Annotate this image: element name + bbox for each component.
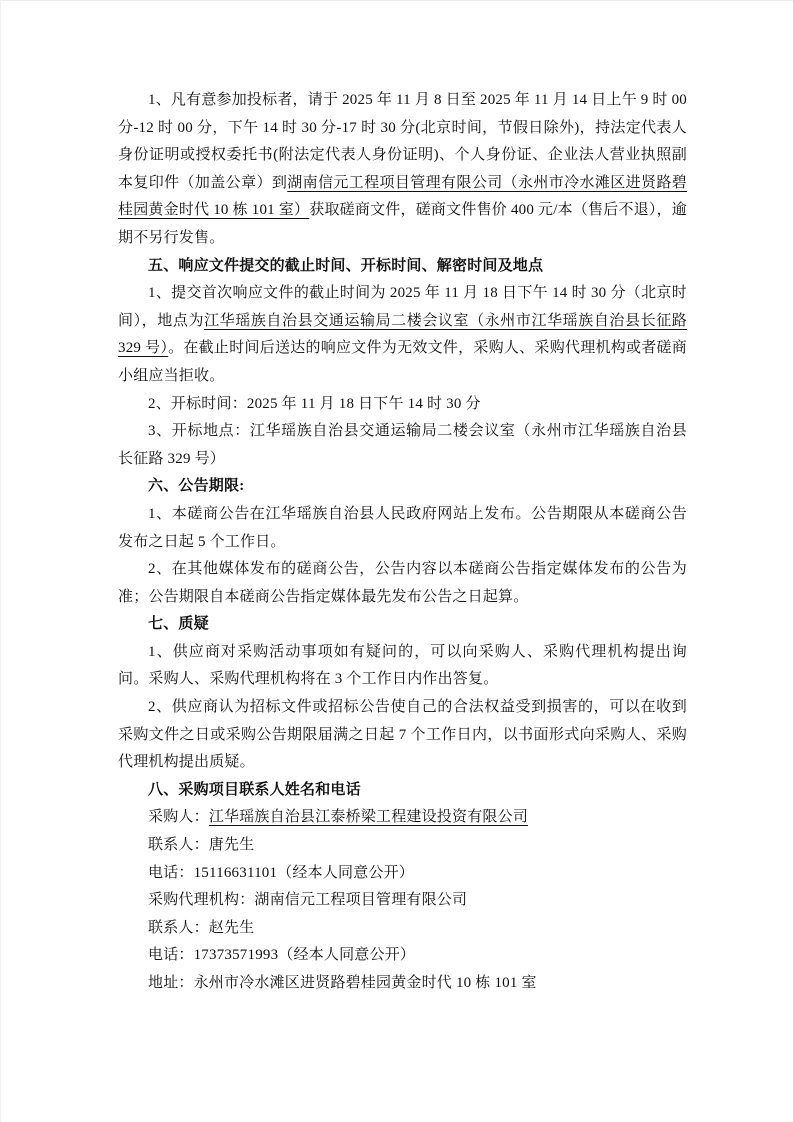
row-address: 地址：永州市冷水滩区进贤路碧桂园黄金时代 10 栋 101 室 — [118, 970, 687, 998]
para-bid-open-place: 3、开标地点：江华瑶族自治县交通运输局二楼会议室（永州市江华瑶族自治县长征路 3… — [118, 418, 687, 473]
underline-purchaser-name: 江华瑶族自治县江泰桥梁工程建设投资有限公司 — [209, 809, 528, 825]
row-phone-2: 电话：17373571993（经本人同意公开） — [118, 942, 687, 970]
row-contact-person-2: 联系人：赵先生 — [118, 915, 687, 943]
heading-section-six: 六、公告期限: — [118, 473, 687, 501]
row-purchaser: 采购人：江华瑶族自治县江泰桥梁工程建设投资有限公司 — [118, 804, 687, 832]
row-phone-1: 电话：15116631101（经本人同意公开） — [118, 860, 687, 888]
document-body: 1、凡有意参加投标者，请于 2025 年 11 月 8 日至 2025 年 11… — [118, 87, 687, 998]
para-bid-registration: 1、凡有意参加投标者，请于 2025 年 11 月 8 日至 2025 年 11… — [118, 87, 687, 253]
para-inquiry-2: 2、供应商认为招标文件或招标公告使自己的合法权益受到损害的，可以在收到采购文件之… — [118, 694, 687, 777]
purchaser-label: 采购人： — [148, 809, 209, 825]
heading-section-five: 五、响应文件提交的截止时间、开标时间、解密时间及地点 — [118, 253, 687, 281]
para-inquiry-1: 1、供应商对采购活动事项如有疑问的，可以向采购人、采购代理机构提出询问。采购人、… — [118, 639, 687, 694]
para-bid-open-time: 2、开标时间：2025 年 11 月 18 日下午 14 时 30 分 — [118, 391, 687, 419]
heading-section-seven: 七、质疑 — [118, 611, 687, 639]
text-run: 。在截止时间后送达的响应文件为无效文件，采购人、采购代理机构或者磋商小组应当拒收… — [118, 340, 687, 384]
heading-section-eight: 八、采购项目联系人姓名和电话 — [118, 777, 687, 805]
document-page: 1、凡有意参加投标者，请于 2025 年 11 月 8 日至 2025 年 11… — [0, 0, 793, 1122]
para-announcement-period-1: 1、本磋商公告在江华瑶族自治县人民政府网站上发布。公告期限从本磋商公告发布之日起… — [118, 501, 687, 556]
row-contact-person-1: 联系人：唐先生 — [118, 832, 687, 860]
row-procurement-agency: 采购代理机构：湖南信元工程项目管理有限公司 — [118, 887, 687, 915]
para-submission-deadline: 1、提交首次响应文件的截止时间为 2025 年 11 月 18 日下午 14 时… — [118, 280, 687, 390]
para-announcement-period-2: 2、在其他媒体发布的磋商公告，公告内容以本磋商公告指定媒体发布的公告为准；公告期… — [118, 556, 687, 611]
